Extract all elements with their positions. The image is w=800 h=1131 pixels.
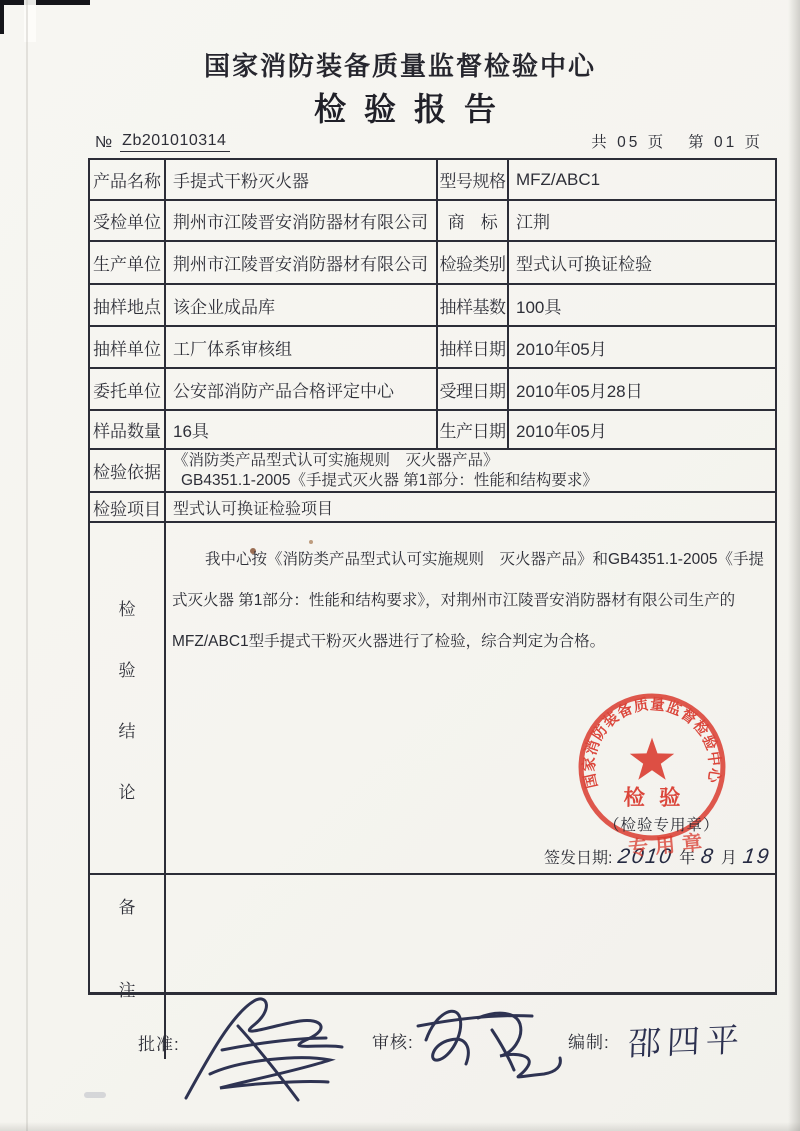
conclusion-line-3: MFZ/ABC1型手提式干粉灭火器进行了检验，综合判定为合格。 [172, 621, 772, 662]
field-label: 产品名称 [90, 160, 166, 199]
field-value: 2010年05月28日 [509, 369, 775, 409]
field-value: 2010年05月 [509, 411, 775, 448]
field-value: MFZ/ABC1 [509, 160, 775, 199]
report-number-row: № Zb201010314 共 05 页 第 01 页 [95, 130, 763, 152]
table-row-basis: 检验依据 《消防类产品型式认可实施规则 灭火器产品》 GB4351.1-2005… [90, 450, 775, 493]
remark-label-char: 注 [119, 976, 136, 1001]
table-row: 委托单位 公安部消防产品合格评定中心 受理日期 2010年05月28日 [90, 369, 775, 411]
conclusion-label-char: 论 [119, 778, 136, 803]
paper-edge-shadow-bottom [0, 1122, 800, 1131]
month-unit: 月 [721, 845, 737, 868]
conclusion-text: 我中心按《消防类产品型式认可实施规则 灭火器产品》和GB4351.1-2005《… [172, 539, 772, 662]
table-row: 抽样单位 工厂体系审核组 抽样日期 2010年05月 [90, 327, 775, 369]
basis-line-1: 《消防类产品型式认可实施规则 灭火器产品》 [173, 451, 499, 471]
table-row: 产品名称 手提式干粉灭火器 型号规格 MFZ/ABC1 [90, 160, 775, 201]
scanned-inspection-report: 国家消防装备质量监督检验中心 检验报告 № Zb201010314 共 05 页… [0, 0, 800, 1131]
field-value: 100具 [509, 285, 775, 325]
field-value: 该企业成品库 [166, 285, 438, 325]
paper-edge-shadow-right [788, 0, 800, 1131]
stamp-center-text: 检验 [624, 784, 695, 809]
approve-label: 批准: [138, 1030, 180, 1055]
field-value: 《消防类产品型式认可实施规则 灭火器产品》 GB4351.1-2005《手提式灭… [166, 450, 775, 491]
field-label: 抽样日期 [438, 327, 509, 367]
field-label: 生产日期 [438, 411, 509, 448]
report-table: 产品名称 手提式干粉灭火器 型号规格 MFZ/ABC1 受检单位 荆州市江陵晋安… [88, 158, 777, 995]
field-label: 生产单位 [90, 242, 166, 283]
field-label: 商 标 [438, 201, 509, 240]
table-row: 样品数量 16具 生产日期 2010年05月 [90, 411, 775, 450]
paper-crease [26, 0, 28, 1131]
remark-label-char: 备 [119, 893, 136, 918]
field-label: 抽样单位 [90, 327, 166, 367]
table-row-conclusion: 检 验 结 论 我中心按《消防类产品型式认可实施规则 灭火器产品》和GB4351… [90, 523, 775, 875]
prepare-label: 编制: [568, 1028, 610, 1053]
field-value: 型式认可换证检验 [509, 242, 775, 283]
scan-artifact-left [0, 0, 4, 34]
field-value: 江荆 [509, 201, 775, 240]
review-signature [408, 1000, 570, 1086]
conclusion-label-char: 结 [119, 717, 136, 742]
conclusion-line-2: 式灭火器 第1部分：性能和结构要求》，对荆州市江陵晋安消防器材有限公司生产的 [172, 580, 772, 621]
issue-day-handwritten: 19 [741, 845, 772, 869]
field-value: 工厂体系审核组 [166, 327, 438, 367]
pencil-smudge [84, 1092, 106, 1098]
field-value: 16具 [166, 411, 438, 448]
field-label: 委托单位 [90, 369, 166, 409]
scan-artifact-top [2, 0, 90, 5]
field-label: 抽样地点 [90, 285, 166, 325]
field-label: 样品数量 [90, 411, 166, 448]
pages-total: 共 05 页 [591, 130, 666, 152]
field-value: 手提式干粉灭火器 [166, 160, 438, 199]
table-row-items: 检验项目 型式认可换证检验项目 [90, 493, 775, 523]
conclusion-line-1: 我中心按《消防类产品型式认可实施规则 灭火器产品》和GB4351.1-2005《… [172, 539, 772, 580]
table-row: 生产单位 荆州市江陵晋安消防器材有限公司 检验类别 型式认可换证检验 [90, 242, 775, 285]
page-info: 共 05 页 第 01 页 [591, 130, 763, 152]
field-value: 荆州市江陵晋安消防器材有限公司 [166, 201, 438, 240]
table-row: 抽样地点 该企业成品库 抽样基数 100具 [90, 285, 775, 327]
stamp-note: （检验专用章） [604, 813, 720, 835]
field-label: 检验类别 [438, 242, 509, 283]
conclusion-label: 检 验 结 论 [90, 523, 166, 873]
field-value: 2010年05月 [509, 327, 775, 367]
center-name: 国家消防装备质量监督检验中心 [0, 46, 800, 83]
star-icon [630, 738, 674, 780]
field-label: 检验依据 [90, 450, 166, 491]
field-value: 型式认可换证检验项目 [166, 493, 775, 521]
field-value: 荆州市江陵晋安消防器材有限公司 [166, 242, 438, 283]
table-row: 受检单位 荆州市江陵晋安消防器材有限公司 商 标 江荆 [90, 201, 775, 242]
conclusion-content: 我中心按《消防类产品型式认可实施规则 灭火器产品》和GB4351.1-2005《… [166, 523, 775, 873]
field-label: 受检单位 [90, 201, 166, 240]
issue-date-label: 签发日期: [544, 845, 612, 868]
basis-line-2: GB4351.1-2005《手提式灭火器 第1部分：性能和结构要求》 [181, 471, 598, 491]
field-label: 抽样基数 [438, 285, 509, 325]
approve-signature [178, 994, 358, 1106]
report-title: 检验报告 [14, 84, 800, 130]
conclusion-label-char: 验 [119, 656, 136, 681]
prepare-signature: 邵四平 [627, 1014, 746, 1065]
no-symbol: № [95, 134, 112, 152]
field-label: 受理日期 [438, 369, 509, 409]
page-current: 第 01 页 [688, 130, 763, 152]
conclusion-label-char: 检 [119, 595, 136, 620]
field-label: 检验项目 [90, 493, 166, 521]
field-value: 公安部消防产品合格评定中心 [166, 369, 438, 409]
field-label: 型号规格 [438, 160, 509, 199]
report-number: Zb201010314 [120, 132, 230, 152]
